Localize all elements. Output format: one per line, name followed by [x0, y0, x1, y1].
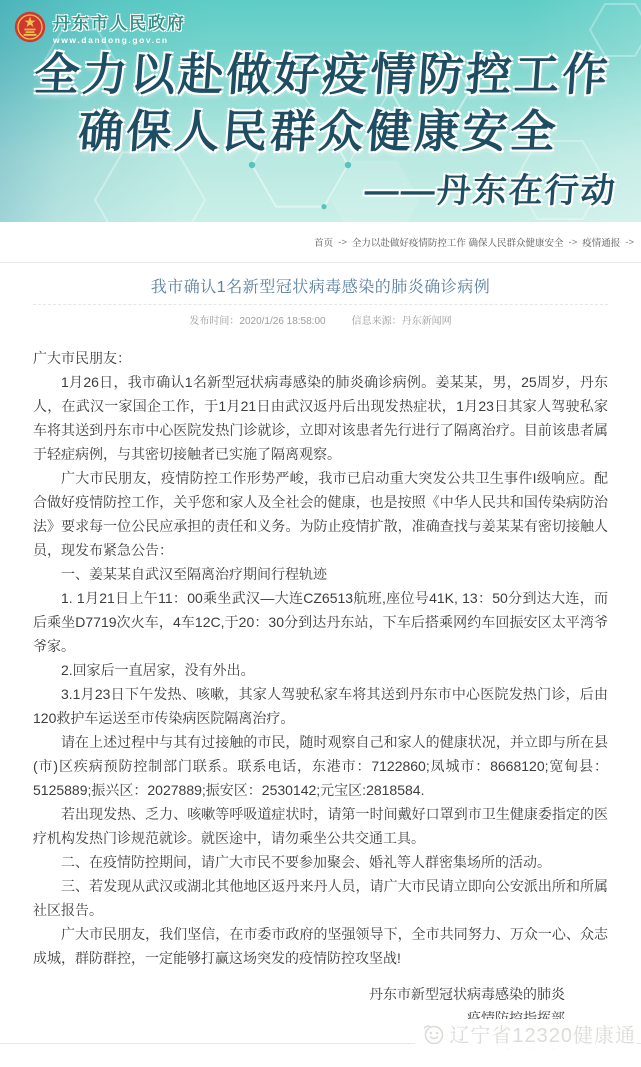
publish-time: 发布时间：2020/1/26 18:58:00 [189, 312, 325, 327]
article-paragraph: 请在上述过程中与其有过接触的市民，随时观察自己和家人的健康状况，并立即与所在县(… [33, 730, 608, 802]
article: 我市确认1名新型冠状病毒感染的肺炎确诊病例 发布时间：2020/1/26 18:… [0, 262, 641, 1054]
article-paragraph: 广大市民朋友： [33, 346, 608, 370]
article-title: 我市确认1名新型冠状病毒感染的肺炎确诊病例 [33, 274, 608, 297]
banner-headline-line2: 确保人民群众健康安全 [0, 103, 641, 160]
breadcrumb-item[interactable]: 全力以赴做好疫情防控工作 确保人民群众健康安全 [352, 235, 564, 249]
signature-line: 丹东市新型冠状病毒感染的肺炎 [0, 982, 565, 1006]
banner-headline-line1: 全力以赴做好疫情防控工作 [0, 46, 641, 103]
breadcrumb-separator: -> [625, 237, 634, 248]
banner-tagline: ——丹东在行动 [363, 163, 618, 212]
mascot-face-icon [421, 1022, 445, 1046]
site-logo[interactable]: 丹东市人民政府 www.dandong.gov.cn [14, 9, 186, 45]
breadcrumb-item[interactable]: 疫情通报 [582, 235, 620, 249]
breadcrumb-separator: -> [569, 237, 578, 248]
site-title-block: 丹东市人民政府 www.dandong.gov.cn [53, 9, 186, 45]
article-paragraph: 3.1月23日下午发热、咳嗽，其家人驾驶私家车将其送到丹东市中心医院发热门诊，后… [33, 682, 608, 730]
banner: 丹东市人民政府 www.dandong.gov.cn 全力以赴做好疫情防控工作 … [0, 0, 641, 222]
national-emblem-icon [14, 11, 46, 43]
site-name: 丹东市人民政府 [53, 9, 186, 34]
article-header: 我市确认1名新型冠状病毒感染的肺炎确诊病例 发布时间：2020/1/26 18:… [33, 263, 608, 336]
breadcrumb-item[interactable]: 首页 [314, 235, 333, 249]
site-url: www.dandong.gov.cn [53, 35, 186, 45]
watermark-text: 辽宁省12320健康通 [449, 1019, 636, 1048]
article-paragraph: 二、在疫情防控期间，请广大市民不要参加聚会、婚礼等人群密集场所的活动。 [33, 850, 608, 874]
article-paragraph: 广大市民朋友，疫情防控工作形势严峻，我市已启动重大突发公共卫生事件I级响应。配合… [33, 466, 608, 562]
article-paragraph: 若出现发热、乏力、咳嗽等呼吸道症状时，请第一时间戴好口罩到市卫生健康委指定的医疗… [33, 802, 608, 850]
article-meta: 发布时间：2020/1/26 18:58:00 信息来源：丹东新闻网 [33, 304, 608, 336]
watermark: 辽宁省12320健康通 [415, 1019, 636, 1048]
article-paragraph: 1月26日，我市确认1名新型冠状病毒感染的肺炎确诊病例。姜某某，男，25周岁，丹… [33, 370, 608, 466]
article-paragraph: 1. 1月21日上午11：00乘坐武汉—大连CZ6513航班,座位号41K, 1… [33, 586, 608, 658]
article-paragraph: 一、姜某某自武汉至隔离治疗期间行程轨迹 [33, 562, 608, 586]
banner-headline: 全力以赴做好疫情防控工作 确保人民群众健康安全 [0, 46, 641, 160]
article-paragraph: 三、若发现从武汉或湖北其他地区返丹来丹人员，请广大市民请立即向公安派出所和所属社… [33, 874, 608, 922]
info-source: 信息来源：丹东新闻网 [352, 312, 452, 327]
page: 丹东市人民政府 www.dandong.gov.cn 全力以赴做好疫情防控工作 … [0, 0, 641, 1067]
breadcrumb: 首页->全力以赴做好疫情防控工作 确保人民群众健康安全->疫情通报-> [0, 222, 641, 262]
article-paragraph: 2.回家后一直居家，没有外出。 [33, 658, 608, 682]
article-body: 广大市民朋友：1月26日，我市确认1名新型冠状病毒感染的肺炎确诊病例。姜某某，男… [33, 346, 608, 970]
article-paragraph: 广大市民朋友，我们坚信，在市委市政府的坚强领导下，全市共同努力、万众一心、众志成… [33, 922, 608, 970]
breadcrumb-separator: -> [338, 237, 347, 248]
